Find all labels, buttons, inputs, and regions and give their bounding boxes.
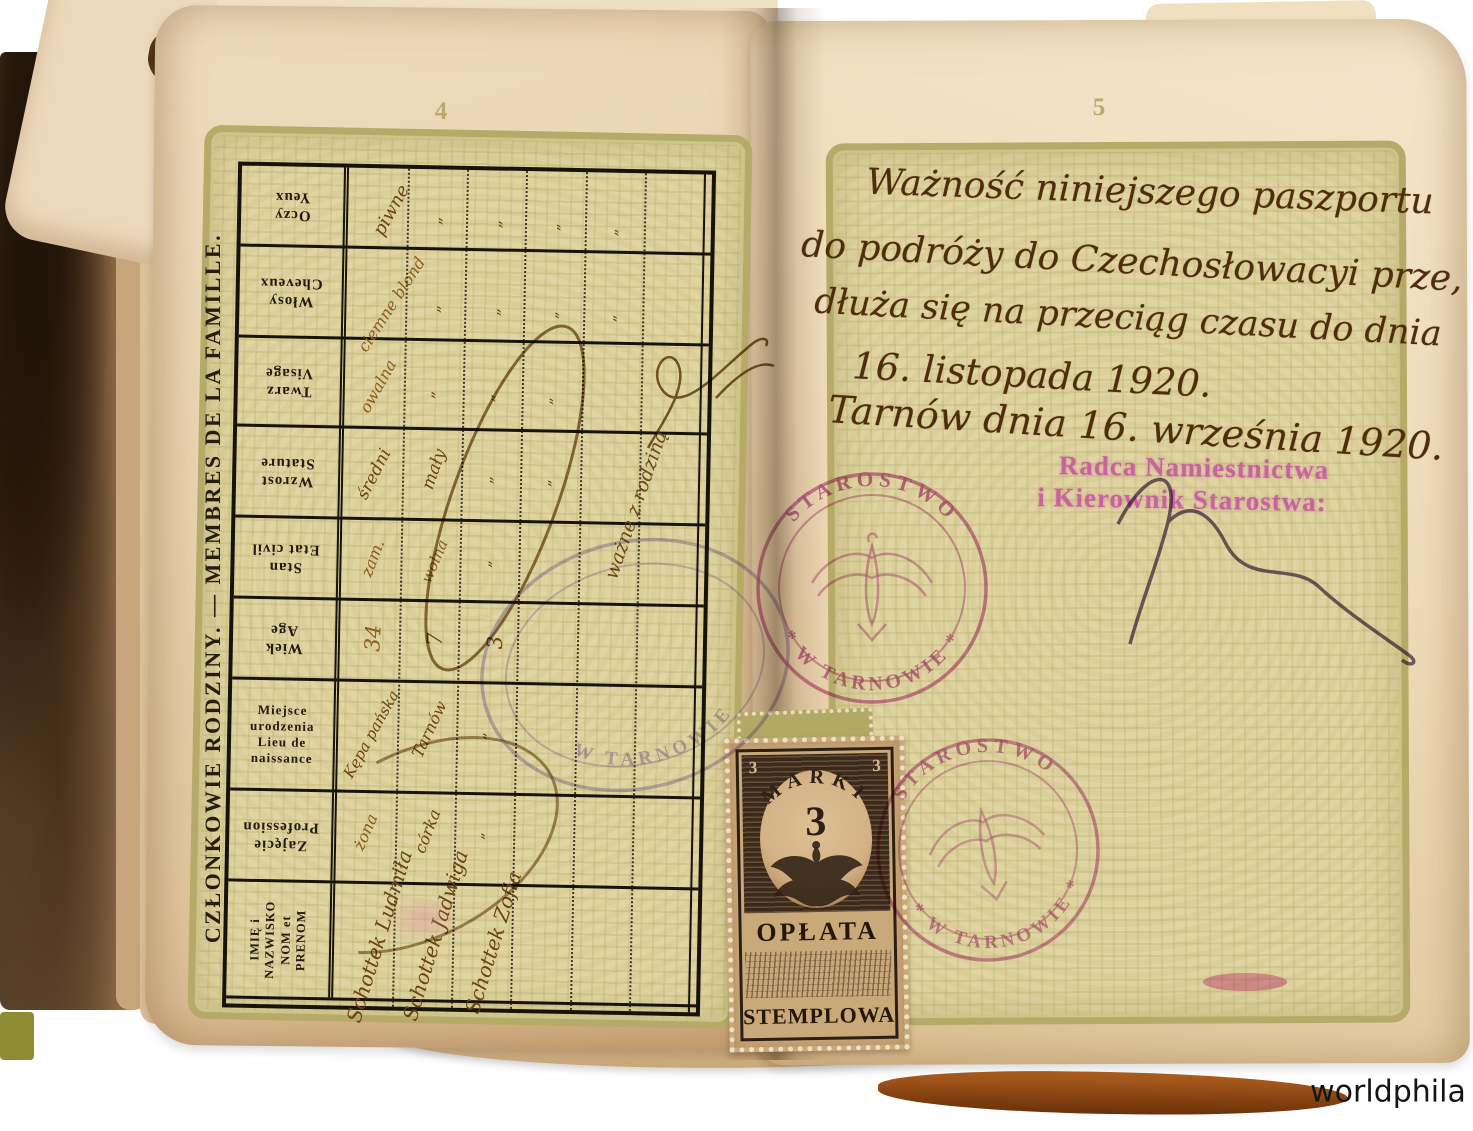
table-row-name: IMIĘ i NAZWISKO NOM et PRENOM — [226, 881, 698, 1007]
table-row-face: Twarz Visage — [237, 338, 709, 436]
revenue-word-2: STEMPLOWA — [743, 1002, 895, 1031]
row-header-cell: IMIĘ i NAZWISKO NOM et PRENOM — [226, 881, 335, 997]
passport-scan: 4 5 CZŁONKOWIE RODZINY. — MEMBRES DE LA … — [0, 0, 1473, 1131]
ink-smudge — [388, 896, 458, 942]
table-row-profession: Zajęcie Profession — [228, 790, 700, 890]
header-fr: Lieu de naissance — [231, 733, 334, 767]
table-row-eyes: Oczy Yeux — [241, 166, 712, 256]
header-pl: IMIĘ i NAZWISKO — [247, 888, 279, 991]
table-row-hair: Włosy Cheveux — [239, 247, 711, 347]
row-header-cell: Wzrost Stature — [235, 427, 344, 517]
header-pl: Oczy — [274, 205, 311, 224]
header-fr: Etat civil — [252, 539, 320, 559]
revenue-word-1: OPŁATA — [741, 916, 894, 949]
revenue-stamp: 3 3 MARKI 3 OPŁATA STEMPLOWA — [724, 735, 909, 1052]
header-fr: Profession — [242, 816, 319, 836]
official-title-line-2: i Kierownik Starostwa: — [1037, 482, 1327, 518]
header-pl: Miejsce urodzenia — [231, 702, 334, 736]
row-header-cell: Zajęcie Profession — [228, 790, 337, 880]
header-pl: Wiek — [265, 638, 303, 657]
header-pl: Twarz — [265, 381, 313, 400]
row-header-cell: Wiek Age — [232, 598, 340, 678]
revenue-stamp-top-panel: 3 3 MARKI 3 — [742, 753, 891, 914]
table-row-age: Wiek Age — [232, 598, 703, 688]
official-title-line-1: Radca Namiestnictwa — [1059, 450, 1330, 486]
page-sliver — [0, 1012, 34, 1060]
row-header-cell: Włosy Cheveux — [239, 247, 348, 337]
row-header-cell: Stan Etat civil — [234, 518, 342, 598]
header-pl: Zajęcie — [242, 835, 319, 855]
row-header-cell: Oczy Yeux — [241, 166, 349, 246]
header-fr: NOM et PRENOM — [277, 888, 309, 991]
page-number-right: 5 — [1093, 94, 1106, 122]
header-fr: Visage — [265, 363, 313, 382]
row-header-cell: Twarz Visage — [237, 338, 346, 426]
page-number-left: 4 — [435, 98, 448, 126]
header-fr: Age — [265, 620, 303, 639]
family-table-caption: CZŁONKOWIE RODZINY. — MEMBRES DE LA FAMI… — [200, 233, 226, 943]
watermark-text: worldphila — [1310, 1075, 1466, 1110]
header-pl: Włosy — [259, 291, 322, 310]
revenue-stamp-frame: 3 3 MARKI 3 OPŁATA STEMPLOWA — [735, 747, 898, 1042]
header-pl: Wzrost — [260, 471, 315, 490]
header-pl: Stan — [251, 557, 319, 577]
header-fr: Cheveux — [259, 273, 322, 292]
revenue-hatch-band — [745, 950, 892, 999]
table-row-birthplace: Miejsce urodzenia Lieu de naissance — [230, 679, 702, 799]
row-header-cell: Miejsce urodzenia Lieu de naissance — [230, 679, 339, 789]
header-fr: Stature — [260, 453, 315, 472]
eagle-icon — [764, 839, 869, 913]
header-fr: Yeux — [274, 187, 311, 206]
family-members-table: Oczy Yeux Włosy Cheveux Twarz Visage — [222, 161, 716, 1016]
burnt-bottom-edge — [878, 1069, 1349, 1118]
